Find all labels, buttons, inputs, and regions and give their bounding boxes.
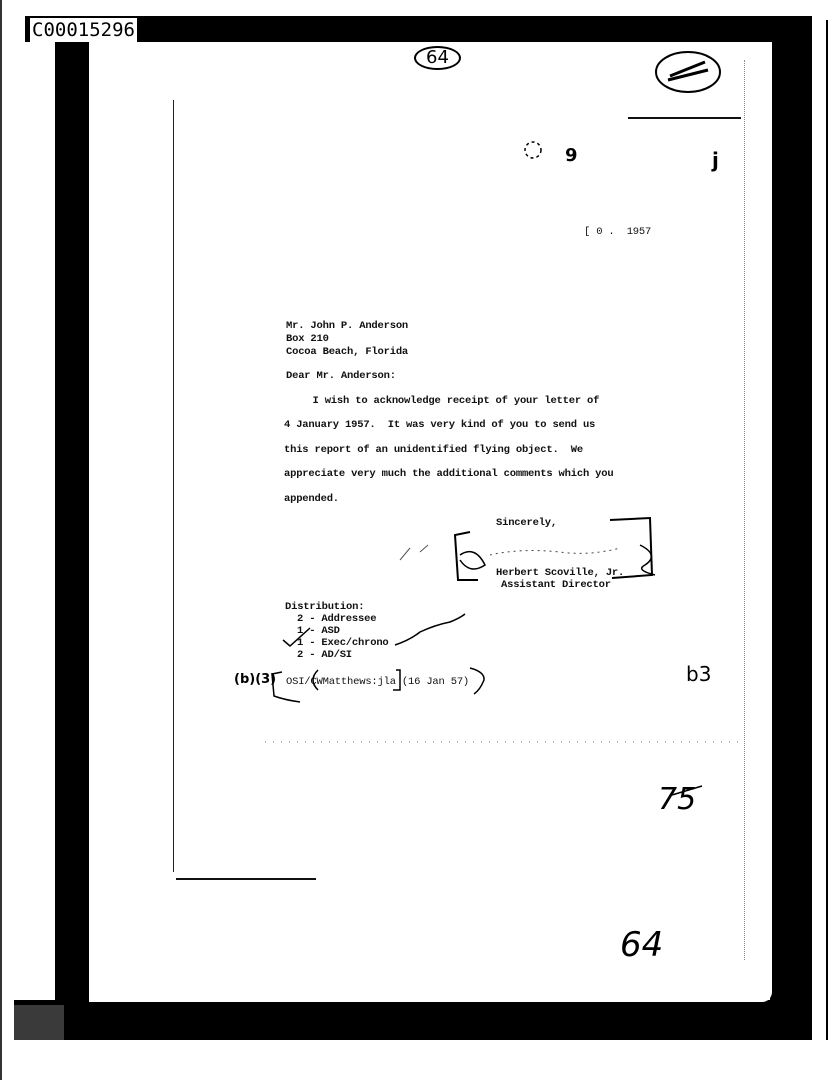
circled-scribble-icon xyxy=(656,52,720,92)
handwriting-strokes xyxy=(0,0,833,1080)
